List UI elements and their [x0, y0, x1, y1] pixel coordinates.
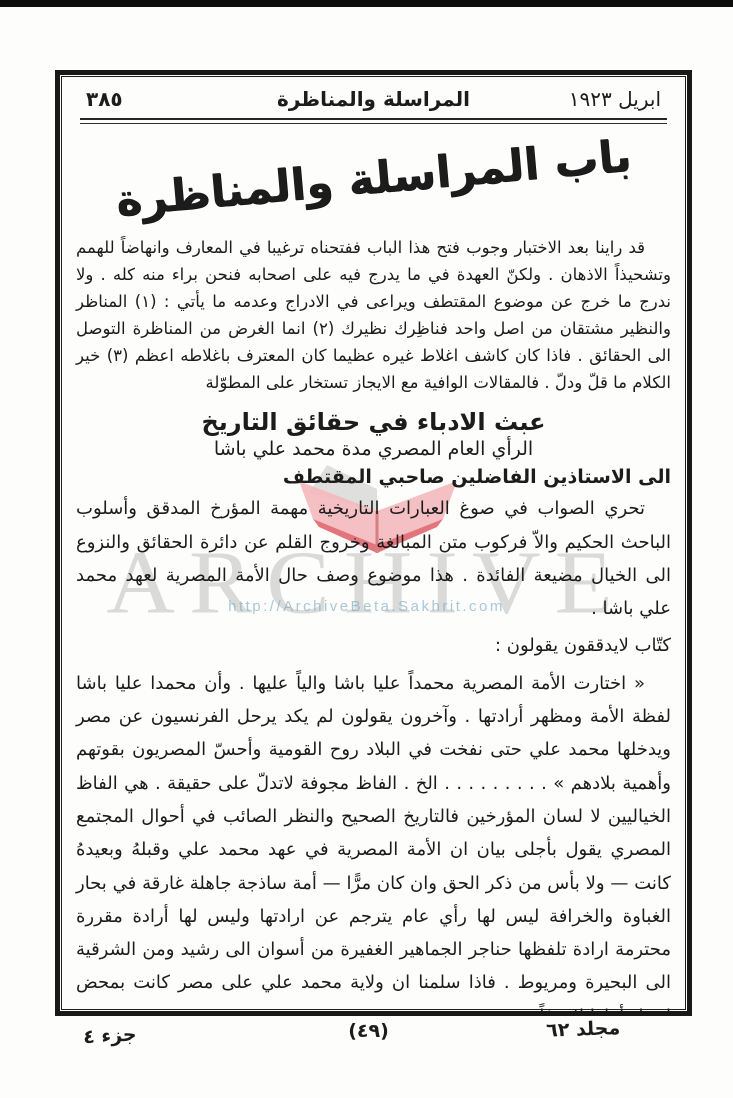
footer-volume: مجلد ٦٢ — [389, 1015, 683, 1047]
footer-page-number: (٤٩) — [348, 1020, 389, 1042]
article-paragraph-1: تحري الصواب في صوغ العبارات التاريخية مه… — [76, 492, 671, 625]
editorial-intro-paragraph: قد راينا بعد الاختبار وجوب فتح هذا الباب… — [76, 234, 671, 396]
scan-edge-bar — [0, 0, 733, 7]
page-content: ابريل ١٩٢٣ المراسلة والمناظرة ٣٨٥ باب ال… — [60, 75, 687, 1016]
article-paragraph-2: كتّاب لايدققون يقولون : — [76, 629, 671, 662]
article-paragraph-3: « اختارت الأمة المصرية محمداً عليا باشا … — [76, 667, 671, 1016]
page-footer: مجلد ٦٢ (٤٩) جزء ٤ — [55, 1020, 682, 1042]
section-title: المراسلة والمناظرة — [277, 87, 470, 111]
article-salutation: الى الاستاذين الفاضلين صاحبي المقتطف — [76, 466, 671, 488]
page-number-arabic: ٣٨٥ — [86, 87, 277, 111]
article-title: عبث الادباء في حقائق التاريخ — [76, 408, 671, 436]
article-subtitle: الرأي العام المصري مدة محمد علي باشا — [76, 438, 671, 460]
calligraphic-chapter-title: باب المراسلة والمناظرة — [73, 104, 674, 251]
footer-part: جزء ٤ — [55, 1012, 349, 1049]
page-frame: ابريل ١٩٢٣ المراسلة والمناظرة ٣٨٥ باب ال… — [55, 70, 692, 1016]
running-header: ابريل ١٩٢٣ المراسلة والمناظرة ٣٨٥ — [76, 81, 671, 113]
